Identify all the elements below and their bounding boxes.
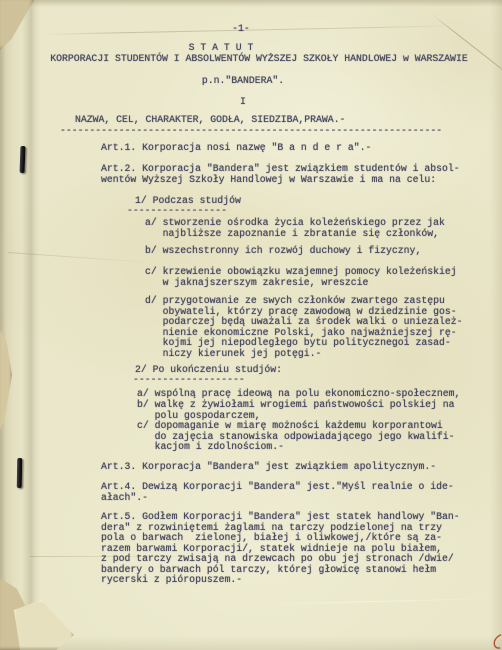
list1-item-d: d/ przygotowanie ze swych członków zwart… xyxy=(145,296,462,359)
torn-flap-mid-left xyxy=(0,330,12,430)
crease-bottom xyxy=(260,598,500,605)
article-4: Art.4. Dewizą Korporacji "Bandera" jest.… xyxy=(101,482,454,503)
document-page: -1- S T A T U T KORPORACJI STUDENTÓW I A… xyxy=(0,0,502,650)
article-3: Art.3. Korporacja "Bandera" jest związki… xyxy=(101,462,436,473)
list1-item-a: a/ stworzenie ośrodka życia koleżeńskieg… xyxy=(145,218,445,239)
list1-item-b: b/ wszechstronny ich rozwój duchowy i fi… xyxy=(145,246,421,257)
list2-item-a: a/ wspólną pracę ideową na polu ekonomic… xyxy=(137,389,460,400)
list2-item-b: b/ walkę z żywiołami wrogiemi państwowoś… xyxy=(137,400,454,421)
red-ink-mark xyxy=(491,634,502,650)
list1-heading-underline: ----------------- xyxy=(127,206,227,217)
section-heading: NAZWA, CEL, CHARAKTER, GODŁA, SIEDZIBA,P… xyxy=(75,115,345,126)
article-2: Art.2. Korporacja "Bandera" jest związki… xyxy=(101,164,460,185)
crease-mid-left xyxy=(8,252,158,263)
staple-bottom xyxy=(17,458,23,488)
document-subtitle: KORPORACJI STUDENTÓW I ABSOLWENTÓW WYŻSZ… xyxy=(8,54,502,65)
section-heading-underline: ----------------------------------------… xyxy=(60,126,442,137)
article-5: Art.5. Godłem Korporacji "Bandera" jest … xyxy=(101,512,460,586)
organization-name-line: p.n."BANDERA". xyxy=(0,76,494,87)
article-1: Art.1. Korporacja nosi nazwę "B a n d e … xyxy=(101,143,371,154)
torn-corner-bottom-left xyxy=(0,578,48,650)
staple-top xyxy=(20,146,26,173)
page-number: -1- xyxy=(0,24,492,35)
list2-item-c: c/ dopomaganie w miarę możności każdemu … xyxy=(137,421,454,453)
list2-heading-underline: ------------------- xyxy=(133,375,245,386)
list1-item-c: c/ krzewienie obowiązku wzajemnej pomocy… xyxy=(145,267,457,288)
document-title: S T A T U T xyxy=(0,43,472,54)
torn-flap-bottom-light xyxy=(14,600,74,650)
section-number: I xyxy=(0,97,494,108)
